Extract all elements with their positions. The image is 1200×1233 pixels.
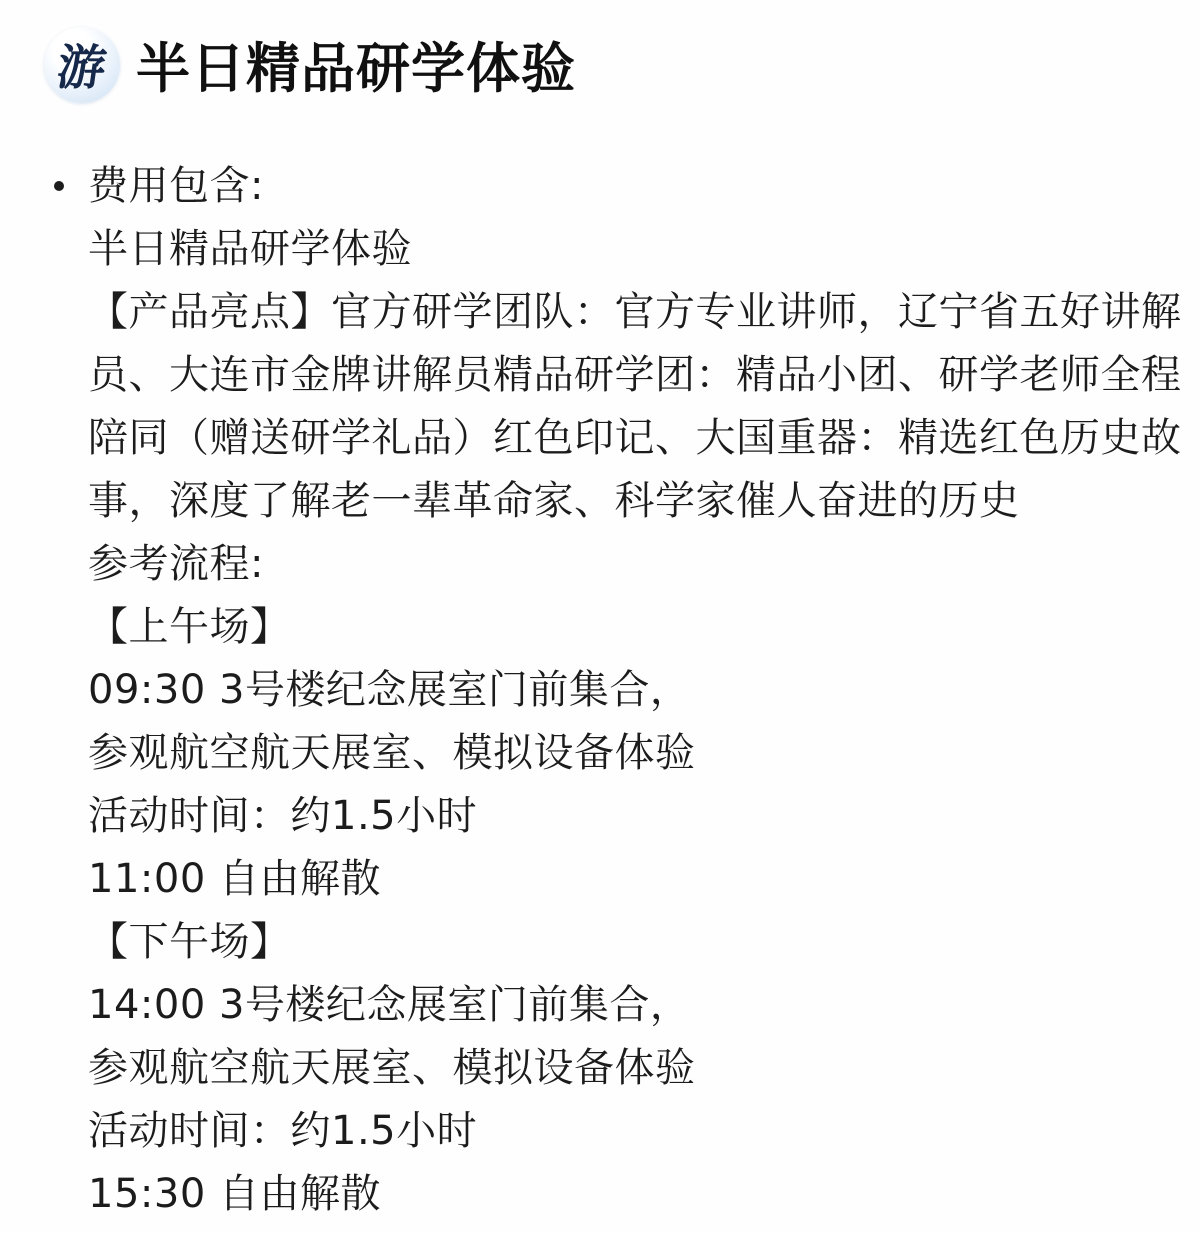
content-line: 【上午场】 — [88, 596, 1160, 659]
page-header: 游 半日精品研学体验 — [44, 26, 576, 103]
travel-glyph: 游 — [53, 29, 111, 98]
content-line: 费用包含: — [88, 155, 1160, 218]
content-line: 14:00 3号楼纪念展室门前集合， — [88, 974, 1160, 1037]
content-line: 活动时间：约1.5小时 — [88, 1100, 1160, 1163]
content-line: 半日精品研学体验 — [88, 218, 1160, 281]
content-line: 事，深度了解老一辈革命家、科学家催人奋进的历史 — [88, 470, 1160, 533]
content-line: 活动时间：约1.5小时 — [88, 785, 1160, 848]
content-line: 陪同（赠送研学礼品）红色印记、大国重器：精选红色历史故 — [88, 407, 1160, 470]
content-line: 【下午场】 — [88, 911, 1160, 974]
content-line: 参考流程: — [88, 533, 1160, 596]
content-line: 09:30 3号楼纪念展室门前集合， — [88, 659, 1160, 722]
content-line: 11:00 自由解散 — [88, 848, 1160, 911]
content-line: 参观航空航天展室、模拟设备体验 — [88, 1037, 1160, 1100]
content-line: 员、大连市金牌讲解员精品研学团：精品小团、研学老师全程 — [88, 344, 1160, 407]
content-lines: 费用包含:半日精品研学体验【产品亮点】官方研学团队：官方专业讲师，辽宁省五好讲解… — [88, 155, 1160, 1226]
content-line: 【产品亮点】官方研学团队：官方专业讲师，辽宁省五好讲解 — [88, 281, 1160, 344]
page-title: 半日精品研学体验 — [136, 26, 576, 103]
bullet-marker — [54, 181, 64, 191]
product-detail-page: { "header": { "app_icon_glyph": "游", "ti… — [0, 0, 1200, 1233]
content-line: 参观航空航天展室、模拟设备体验 — [88, 722, 1160, 785]
travel-app-logo-icon: 游 — [44, 27, 120, 103]
content-line: 15:30 自由解散 — [88, 1163, 1160, 1226]
product-description: 费用包含:半日精品研学体验【产品亮点】官方研学团队：官方专业讲师，辽宁省五好讲解… — [88, 155, 1160, 1226]
